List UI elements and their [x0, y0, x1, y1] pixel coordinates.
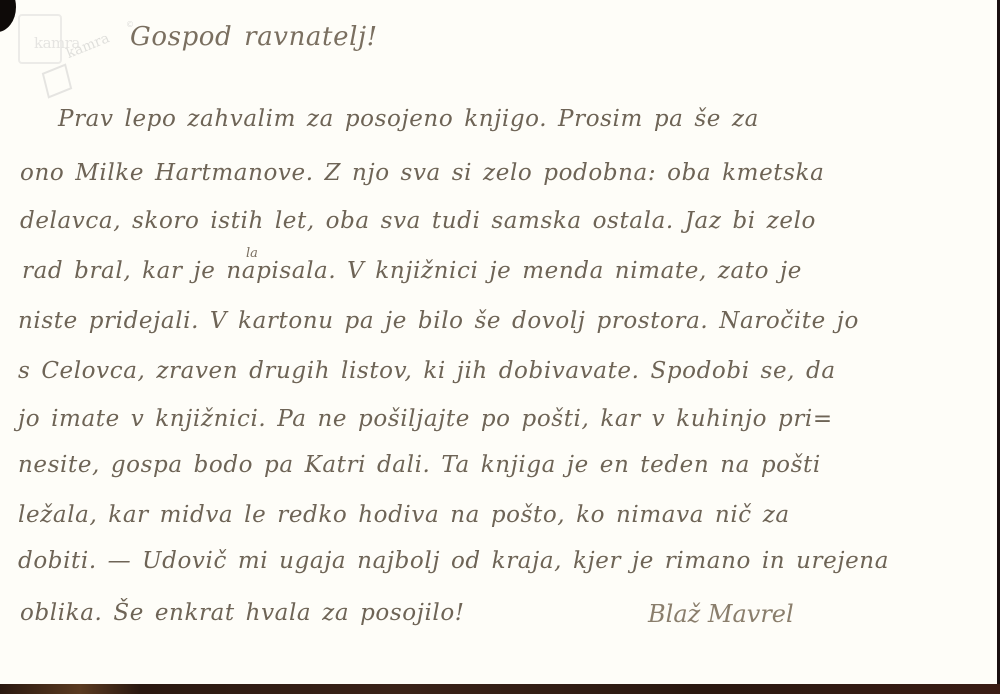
letter-page: kamra kamra © Gospod ravnatelj! Prav lep…	[0, 0, 997, 684]
letter-line: ono Milke Hartmanove. Z njo sva si zelo …	[20, 160, 824, 186]
letter-signature: Blaž Mavrel	[648, 600, 794, 628]
letter-line: dobiti. — Udovič mi ugaja najbolj od kra…	[18, 548, 889, 574]
letter-line: jo imate v knjižnici. Pa ne pošiljajte p…	[18, 406, 833, 432]
letter-line: nesite, gospa bodo pa Katri dali. Ta knj…	[18, 452, 821, 478]
letter-body: Gospod ravnatelj! Prav lepo zahvalim za …	[0, 0, 997, 684]
letter-line: oblika. Še enkrat hvala za posojilo!	[20, 600, 465, 626]
scan-bottom-edge	[0, 684, 1000, 694]
letter-line: s Celovca, zraven drugih listov, ki jih …	[18, 358, 836, 384]
letter-line: delavca, skoro istih let, oba sva tudi s…	[20, 208, 816, 234]
letter-salutation: Gospod ravnatelj!	[130, 22, 378, 52]
letter-line: Prav lepo zahvalim za posojeno knjigo. P…	[58, 106, 759, 132]
letter-line: rad bral, kar je napisala. V knjižnici j…	[22, 258, 802, 284]
letter-line: niste pridejali. V kartonu pa je bilo še…	[18, 308, 859, 334]
letter-line: ležala, kar midva le redko hodiva na poš…	[18, 502, 790, 528]
